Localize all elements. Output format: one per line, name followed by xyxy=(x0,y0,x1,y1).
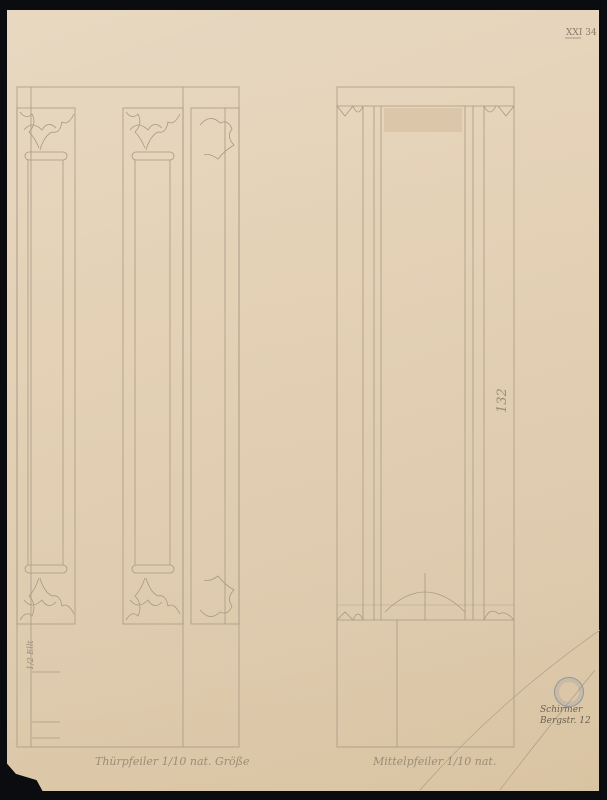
inventory-number: XXI 34 xyxy=(566,28,597,38)
collection-stamp xyxy=(554,677,584,707)
dimension-label: 132 xyxy=(495,388,510,413)
left-pillar-2 xyxy=(123,108,183,624)
signature-line-1: Schirmer xyxy=(540,705,591,716)
left-pillar-1 xyxy=(17,108,75,624)
left-caption: Thürpfeiler 1/10 nat. Größe xyxy=(95,755,249,768)
left-pillar-3 xyxy=(191,108,239,624)
stain xyxy=(384,108,462,132)
signature: Schirmer Bergstr. 12 xyxy=(540,705,591,727)
left-frame xyxy=(17,87,239,747)
right-frame xyxy=(337,87,514,747)
signature-line-2: Bergstr. 12 xyxy=(540,716,591,727)
right-caption: Mittelpfeiler 1/10 nat. xyxy=(373,755,496,768)
scale-note: 1/2 Ellt xyxy=(26,640,35,670)
pencil-drawing xyxy=(0,0,607,800)
